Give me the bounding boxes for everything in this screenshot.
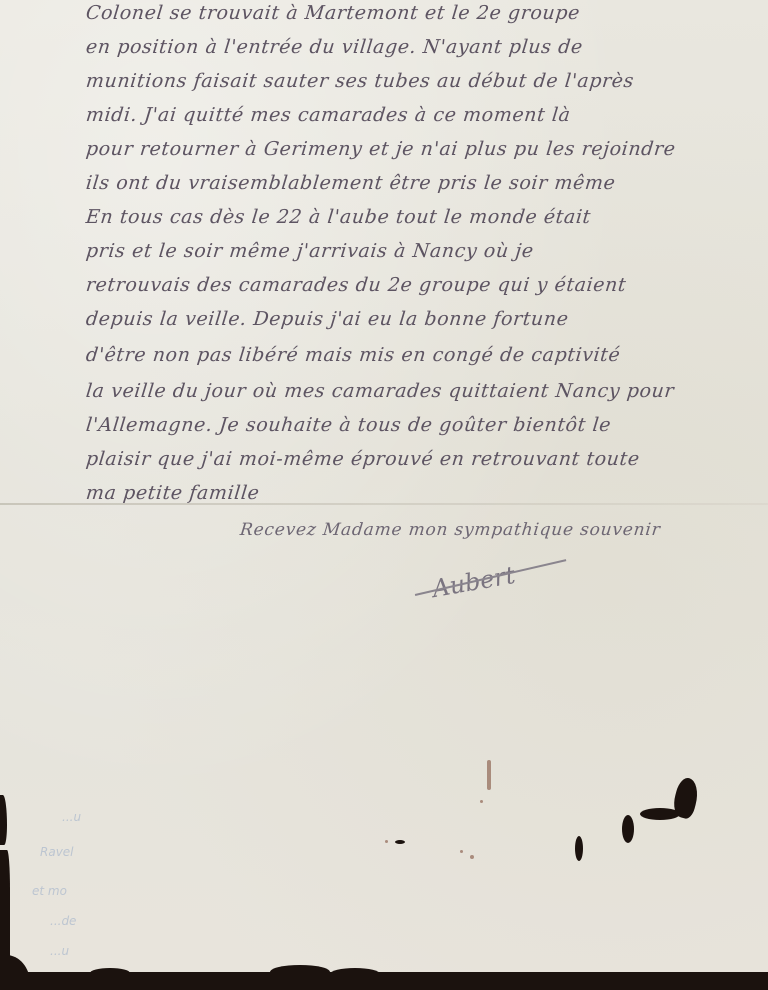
letter-line-7: En tous cas dès le 22 à l'aube tout le m… bbox=[85, 206, 592, 228]
ink-stain bbox=[385, 840, 388, 843]
bleed-through-text: et mo bbox=[32, 884, 67, 898]
letter-line-14: plaisir que j'ai moi-même éprouvé en ret… bbox=[85, 448, 641, 470]
letter-line-10: depuis la veille. Depuis j'ai eu la bonn… bbox=[85, 308, 570, 330]
ink-stain bbox=[487, 760, 491, 790]
letter-line-2: en position à l'entrée du village. N'aya… bbox=[85, 36, 584, 58]
torn-hole bbox=[640, 808, 680, 820]
letter-closing: Recevez Madame mon sympathique souvenir bbox=[239, 520, 662, 540]
letter-line-5: pour retourner à Gerimeny et je n'ai plu… bbox=[85, 138, 677, 160]
torn-edge-left bbox=[0, 795, 7, 845]
torn-hole bbox=[622, 815, 634, 843]
letter-line-8: pris et le soir même j'arrivais à Nancy … bbox=[85, 240, 535, 262]
torn-edge-bottom bbox=[90, 968, 130, 978]
letter-line-1: Colonel se trouvait à Martemont et le 2e… bbox=[85, 2, 581, 24]
ink-stain bbox=[460, 850, 463, 853]
letter-line-13: l'Allemagne. Je souhaite à tous de goûte… bbox=[85, 414, 612, 436]
letter-line-15: ma petite famille bbox=[85, 482, 261, 504]
letter-line-9: retrouvais des camarades du 2e groupe qu… bbox=[85, 274, 628, 296]
ink-stain bbox=[480, 800, 483, 803]
letter-line-4: midi. J'ai quitté mes camarades à ce mom… bbox=[85, 104, 572, 126]
bleed-through-text: ...u bbox=[50, 944, 69, 958]
letter-line-3: munitions faisait sauter ses tubes au dé… bbox=[85, 70, 635, 92]
bleed-through-text: ...de bbox=[50, 914, 76, 928]
letter-line-12: la veille du jour où mes camarades quitt… bbox=[85, 380, 675, 402]
torn-hole bbox=[395, 840, 405, 844]
letter-line-6: ils ont du vraisemblablement être pris l… bbox=[85, 172, 617, 194]
letter-line-11: d'être non pas libéré mais mis en congé … bbox=[85, 344, 622, 366]
bleed-through-text: ...u bbox=[62, 810, 81, 824]
bleed-through-text: Ravel bbox=[40, 845, 74, 859]
torn-edge-bottom bbox=[270, 965, 330, 979]
torn-hole bbox=[575, 836, 583, 861]
torn-edge-bottom bbox=[330, 968, 380, 980]
signature: Aubert bbox=[430, 561, 517, 603]
ink-stain bbox=[470, 855, 474, 859]
letter-page: Colonel se trouvait à Martemont et le 2e… bbox=[0, 0, 768, 990]
